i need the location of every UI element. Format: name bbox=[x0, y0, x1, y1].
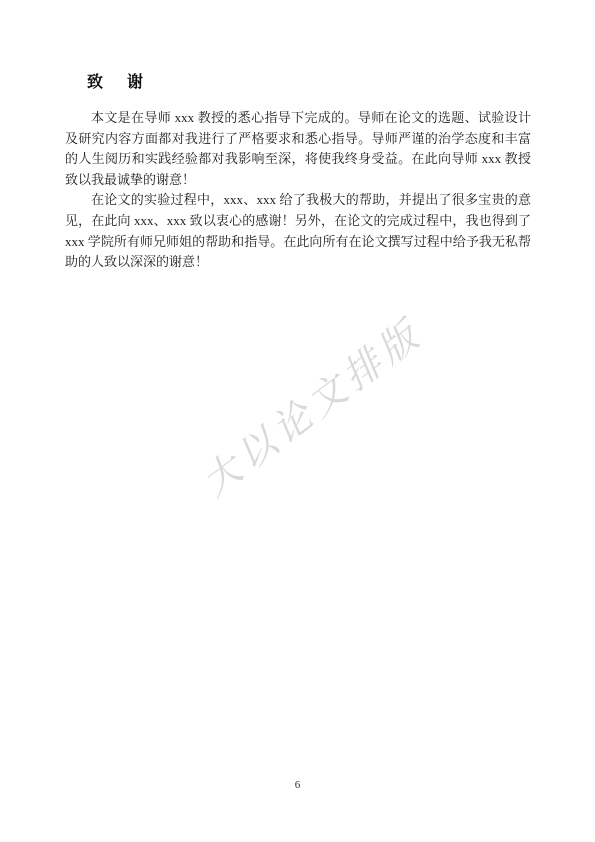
acknowledgement-paragraph-2: 在论文的实验过程中，xxx、xxx 给了我极大的帮助，并提出了很多宝贵的意见，在… bbox=[65, 190, 531, 272]
page-number: 6 bbox=[0, 778, 595, 792]
diagonal-watermark: 大以论文排版 bbox=[188, 304, 432, 507]
document-page: 大以论文排版 致 谢 本文是在导师 xxx 教授的悉心指导下完成的。导师在论文的… bbox=[0, 0, 595, 842]
acknowledgement-paragraph-1: 本文是在导师 xxx 教授的悉心指导下完成的。导师在论文的选题、试验设计及研究内… bbox=[65, 108, 531, 190]
page-title: 致 谢 bbox=[87, 72, 531, 94]
page-content: 致 谢 本文是在导师 xxx 教授的悉心指导下完成的。导师在论文的选题、试验设计… bbox=[65, 72, 531, 273]
